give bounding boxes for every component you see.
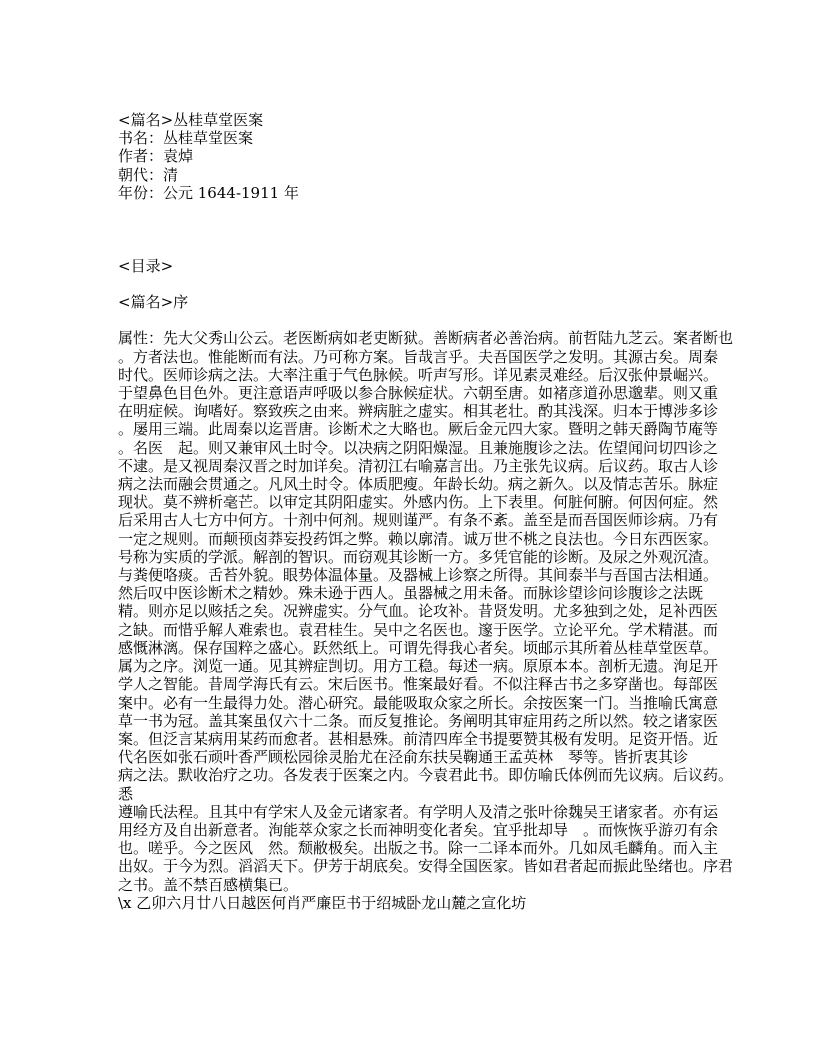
text-line: 案。但泛言某病用某药而愈者。甚相悬殊。前清四库全书提要赞其极有发明。足资开悟。近: [118, 730, 743, 748]
text-line: 不逮。是又视周秦汉晋之时加详矣。清初江右喻嘉言出。乃主张先议病。后议药。取古人诊: [118, 457, 743, 475]
text-line: [118, 238, 743, 256]
text-line: [118, 311, 743, 329]
text-line: 悉: [118, 785, 743, 803]
text-line: 。屡用三端。此周秦以迄晋唐。诊断术之大略也。厥后金元四大家。暨明之韩天爵陶节庵等: [118, 420, 743, 438]
text-line: 一定之规则。而颠顸卤莽妄投药饵之弊。赖以廓清。诚万世不桃之良法也。今日东西医家。: [118, 530, 743, 548]
text-line: 学人之智能。昔周学海氏有云。宋后医书。惟案最好看。不似注释古书之多穿凿也。每部医: [118, 675, 743, 693]
text-line: 与粪便咯痰。舌苔外貌。眼势体温体量。及器械上诊察之所得。其间泰半与吾国古法相通。: [118, 566, 743, 584]
text-line: 书名：丛桂草堂医案: [118, 129, 743, 147]
text-line: \x 乙卯六月廿八日越医何肖严廉臣书于绍城卧龙山麓之宣化坊: [118, 894, 743, 912]
text-line: 出奴。于今为烈。滔滔天下。伊芳于胡底矣。安得全国医家。皆如君者起而振此坠绪也。序…: [118, 857, 743, 875]
text-line: 在明症候。询嗜好。察致疾之由来。辨病脏之虚实。相其老壮。酌其浅深。归本于博涉多诊: [118, 402, 743, 420]
text-line: 属为之序。浏览一通。见其辨症剀切。用方工稳。每述一病。原原本本。剖析无遗。洵足开: [118, 657, 743, 675]
text-line: 感慨淋漓。保存国粹之盛心。跃然纸上。可谓先得我心者矣。顷邮示其所着丛桂草堂医草。: [118, 639, 743, 657]
text-line: [118, 202, 743, 220]
text-line: 作者：袁焯: [118, 147, 743, 165]
document-text: <篇名>丛桂草堂医案书名：丛桂草堂医案作者：袁焯朝代：清年份：公元 1644-1…: [118, 111, 743, 912]
text-line: [118, 220, 743, 238]
text-line: 后采用古人七方中何方。十剂中何剂。规则谨严。有条不紊。盖至是而吾国医师诊病。乃有: [118, 511, 743, 529]
text-line: 案中。必有一生最得力处。潜心研究。最能吸取众家之所长。余按医案一门。当推喻氏寓意: [118, 694, 743, 712]
text-line: 。方者法也。惟能断而有法。乃可称方案。旨哉言乎。夫吾国医学之发明。其源古矣。周秦: [118, 348, 743, 366]
text-line: 遵喻氏法程。且其中有学宋人及金元诸家者。有学明人及清之张叶徐魏吴王诸家者。亦有运: [118, 803, 743, 821]
text-line: 。名医 起。则又兼审风土时令。以决病之阴阳燥湿。且兼施腹诊之法。佐望闻问切四诊之: [118, 439, 743, 457]
text-line: 号称为实质的学派。解剖的智识。而窃观其诊断一方。多凭官能的诊断。及尿之外观沉渣。: [118, 548, 743, 566]
text-line: 然后叹中医诊断术之精妙。殊未逊于西人。虽器械之用未备。而脉诊望诊问诊腹诊之法既: [118, 584, 743, 602]
text-line: 属性：先大父秀山公云。老医断病如老吏断狱。善断病者必善治病。前哲陆九芝云。案者断…: [118, 329, 743, 347]
text-line: 时代。医师诊病之法。大率注重于气色脉候。听声写形。详见素灵难经。后汉张仲景崛兴。: [118, 366, 743, 384]
document-page: <篇名>丛桂草堂医案书名：丛桂草堂医案作者：袁焯朝代：清年份：公元 1644-1…: [0, 0, 816, 1056]
text-line: <篇名>序: [118, 293, 743, 311]
text-line: 年份：公元 1644-1911 年: [118, 184, 743, 202]
text-line: 朝代：清: [118, 166, 743, 184]
text-line: 草一书为冠。盖其案虽仅六十二条。而反复推论。务阐明其审症用药之所以然。较之诸家医: [118, 712, 743, 730]
text-line: <篇名>丛桂草堂医案: [118, 111, 743, 129]
text-line: 病之法。默收治疗之功。各发表于医案之内。今袁君此书。即仿喻氏体例而先议病。后议药…: [118, 766, 743, 784]
text-line: 于望鼻色目色外。更注意语声呼吸以参合脉候症状。六朝至唐。如褚彦道孙思邈辈。则又重: [118, 384, 743, 402]
text-line: 也。嗟乎。今之医风 然。颓敝极矣。出版之书。除一二译本而外。几如凤毛麟角。而入主: [118, 839, 743, 857]
text-line: 之缺。而惜乎解人难索也。袁君桂生。吴中之名医也。邃于医学。立论平允。学术精湛。而: [118, 621, 743, 639]
text-line: 病之法而融会贯通之。凡风土时令。体质肥瘦。年龄长幼。病之新久。以及情志苦乐。脉症: [118, 475, 743, 493]
text-line: 之书。盖不禁百感横集已。: [118, 876, 743, 894]
text-line: 现状。莫不辨析毫芒。以审定其阴阳虚实。外感内伤。上下表里。何脏何腑。何因何症。然: [118, 493, 743, 511]
text-line: <目录>: [118, 257, 743, 275]
text-line: 精。则亦足以赅括之矣。况辨虚实。分气血。论攻补。昔贤发明。尤多独到之处，足补西医: [118, 602, 743, 620]
text-line: 代名医如张石顽叶香严顾松园徐灵胎尤在泾俞东扶吴鞠通王孟英林 琴等。皆折衷其诊: [118, 748, 743, 766]
text-line: 用经方及自出新意者。洵能萃众家之长而神明变化者矣。宜乎批却导 。而恢恢乎游刃有余: [118, 821, 743, 839]
text-line: [118, 275, 743, 293]
